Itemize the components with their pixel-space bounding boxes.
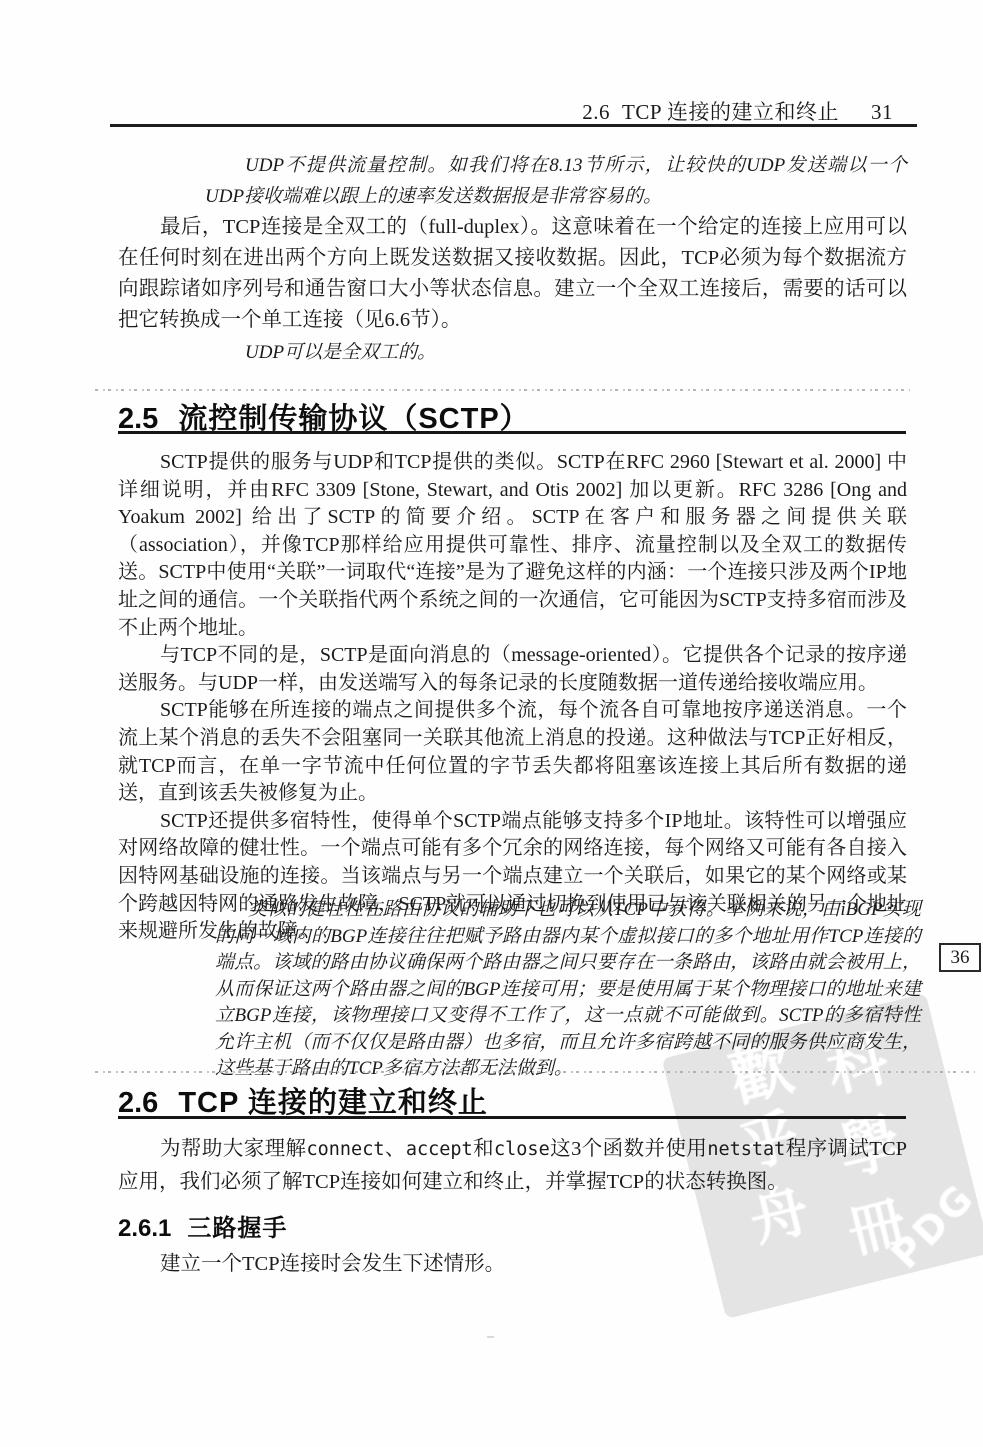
margin-page-number: 36 <box>951 947 970 969</box>
header-rule <box>110 124 917 127</box>
inline-text: 为帮助大家理解 <box>160 1138 307 1160</box>
subsection-heading-2-6-1: 2.6.1 三路握手 <box>118 1208 287 1243</box>
inline-code: accept <box>406 1139 473 1160</box>
margin-page-number-badge: 36 <box>939 943 981 972</box>
note-tcp-routing-robustness: 类似的健壮性在路由协议的辅助下也可以从TCP中获得。举例来说，由iBGP实现的同… <box>215 897 921 1083</box>
paragraph-2-6-intro: 为帮助大家理解connect、accept和close这3个函数并使用netst… <box>118 1133 907 1198</box>
note-udp-flow-control: UDP不提供流量控制。如我们将在8.13节所示，让较快的UDP发送端以一个UDP… <box>205 150 907 212</box>
paragraph-three-way-intro: 建立一个TCP连接时会发生下述情形。 <box>118 1249 907 1280</box>
scan-speckle-line <box>95 389 910 391</box>
subsection-title: 三路握手 <box>187 1208 287 1243</box>
scan-artifact <box>487 1336 494 1338</box>
section-heading-2-6: 2.6 TCP 连接的建立和终止 <box>118 1080 488 1121</box>
running-header: 2.6 TCP 连接的建立和终止 31 <box>582 96 893 126</box>
inline-text: 、 <box>384 1138 405 1160</box>
section-rule <box>118 1116 906 1119</box>
paragraph-sctp-message-oriented: 与TCP不同的是，SCTP是面向消息的（message-oriented）。它提… <box>118 642 907 697</box>
inline-code: close <box>494 1139 550 1160</box>
book-page-scan: 歡 科 乎 學 舟 冊 PDG 2.6 TCP 连接的建立和终止 31 UDP不… <box>0 0 983 1447</box>
inline-code: netstat <box>707 1139 785 1160</box>
note-udp-full-duplex: UDP可以是全双工的。 <box>245 337 845 368</box>
paragraph-sctp-intro: SCTP提供的服务与UDP和TCP提供的类似。SCTP在RFC 2960 [St… <box>118 449 907 642</box>
section-title: TCP 连接的建立和终止 <box>178 1080 488 1121</box>
paragraph-sctp-streams: SCTP能够在所连接的端点之间提供多个流，每个流各自可靠地按序递送消息。一个流上… <box>118 697 907 807</box>
paragraph-full-duplex: 最后，TCP连接是全双工的（full-duplex）。这意味着在一个给定的连接上… <box>118 212 907 336</box>
section-rule <box>118 431 906 434</box>
inline-text: 这3个函数并使用 <box>550 1138 708 1160</box>
running-header-section-title: TCP 连接的建立和终止 <box>622 96 839 126</box>
scan-speckle-line <box>95 1071 975 1073</box>
inline-text: 和 <box>473 1138 494 1160</box>
sctp-paragraph-block: SCTP提供的服务与UDP和TCP提供的类似。SCTP在RFC 2960 [St… <box>118 449 907 946</box>
running-header-page-number: 31 <box>871 100 893 125</box>
inline-code: connect <box>307 1139 385 1160</box>
running-header-section-number: 2.6 <box>582 100 610 125</box>
subsection-number: 2.6.1 <box>118 1215 171 1243</box>
